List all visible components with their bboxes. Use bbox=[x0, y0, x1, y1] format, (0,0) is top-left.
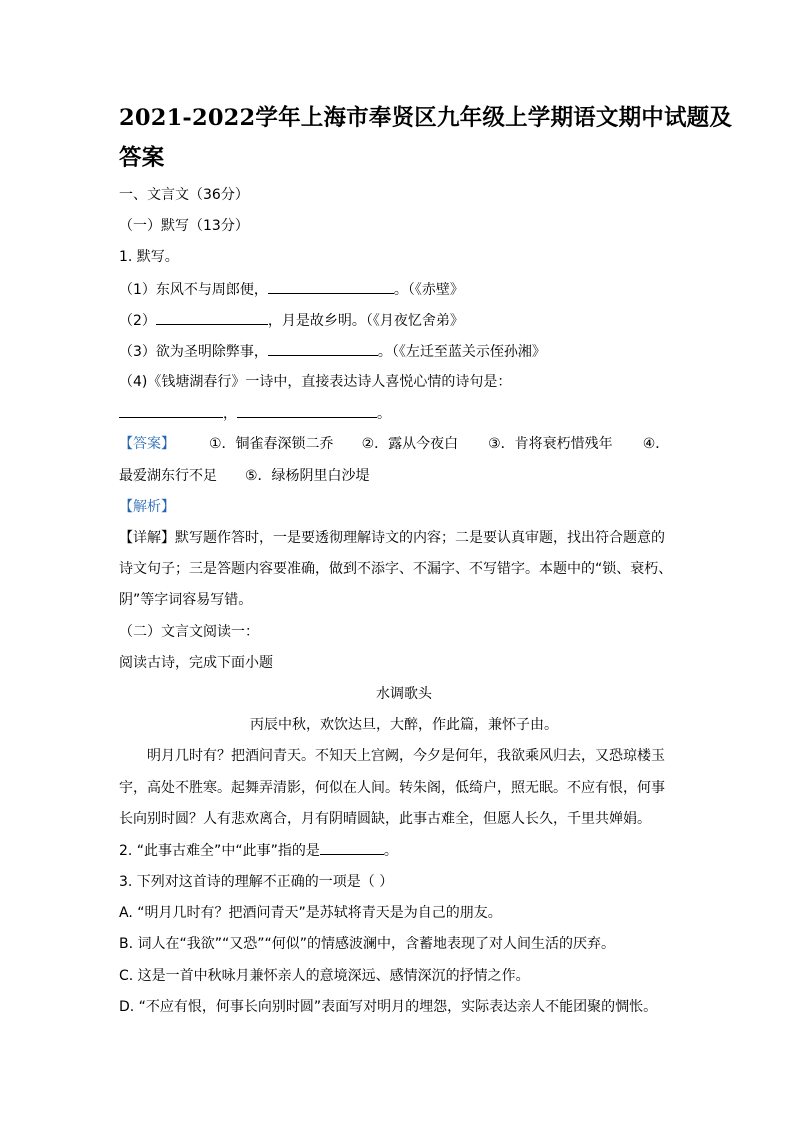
answer-item: ②．露从今夜白 bbox=[362, 436, 459, 452]
question-3-option-b: B. 词人在“我欲”“又恐”“何似”的情感波澜中，含蓄地表现了对人间生活的厌弃。 bbox=[119, 934, 689, 954]
analysis-label: 【解析】 bbox=[119, 497, 689, 517]
poem-preface: 丙辰中秋，欢饮达旦，大醉，作此篇，兼怀子由。 bbox=[119, 715, 689, 735]
answer-blank bbox=[268, 341, 378, 356]
poem-text-line1: 明月几时有？把酒问青天。不知天上宫阙，今夕是何年，我欲乘风归去，又恐琼楼玉 bbox=[119, 746, 689, 766]
poem-title: 水调歌头 bbox=[119, 684, 689, 704]
answer-item: ①．铜雀春深锁二乔 bbox=[209, 436, 334, 452]
document-title-line1: 2021-2022学年上海市奉贤区九年级上学期语文期中试题及 bbox=[119, 103, 689, 133]
subsection-heading-2: （二）文言文阅读一： bbox=[119, 622, 689, 642]
document-title-line2: 答案 bbox=[119, 143, 689, 173]
answer-blank bbox=[237, 403, 377, 418]
question-1-part-1: （1）东风不与周郎便，。（《赤壁》 bbox=[119, 279, 689, 300]
question-1-part-4: （4)《钱塘湖春行》一诗中，直接表达诗人喜悦心情的诗句是： bbox=[119, 372, 689, 392]
question-2: 2. “此事古难全”中“此事”指的是。 bbox=[119, 840, 689, 861]
question-3-option-a: A. “明月几时有？把酒问青天”是苏轼将青天是为自己的朋友。 bbox=[119, 903, 689, 923]
answer-blank bbox=[156, 310, 268, 325]
q2-suffix: 。 bbox=[384, 843, 398, 859]
q1-p4-end: 。 bbox=[377, 406, 391, 422]
answer-blank bbox=[119, 403, 223, 418]
q1-p3-suffix: 。（《左迁至蓝关示侄孙湘》 bbox=[378, 344, 546, 360]
document-page: 2021-2022学年上海市奉贤区九年级上学期语文期中试题及 答案 一、文言文（… bbox=[0, 0, 794, 1123]
q1-p2-prefix: （2） bbox=[119, 313, 156, 329]
answer-1-line2: 最爱湖东行不足⑤．绿杨阴里白沙堤 bbox=[119, 466, 689, 486]
q2-prefix: 2. “此事古难全”中“此事”指的是 bbox=[119, 843, 320, 859]
answer-item: ③．肯将衰朽惜残年 bbox=[488, 436, 613, 452]
question-1-part-3: （3）欲为圣明除弊事，。（《左迁至蓝关示侄孙湘》 bbox=[119, 341, 689, 362]
analysis-text-line1: 【详解】默写题作答时，一是要透彻理解诗文的内容；二是要认真审题，找出符合题意的 bbox=[119, 528, 689, 548]
subsection-heading: （一）默写（13分） bbox=[119, 216, 689, 236]
q1-p4-sep: ， bbox=[223, 406, 237, 422]
q1-p3-prefix: （3）欲为圣明除弊事， bbox=[119, 344, 268, 360]
question-1-stem: 1. 默写。 bbox=[119, 247, 689, 267]
q1-p2-suffix: ，月是故乡明。（《月夜忆舍弟》 bbox=[268, 313, 464, 329]
question-3-option-c: C. 这是一首中秋咏月兼怀亲人的意境深远、感情深沉的抒情之作。 bbox=[119, 966, 689, 986]
answer-1-line1: 【答案】①．铜雀春深锁二乔②．露从今夜白③．肯将衰朽惜残年④． bbox=[119, 434, 689, 454]
section-heading: 一、文言文（36分） bbox=[119, 185, 689, 205]
analysis-text-line2: 诗文句子；三是答题内容要准确，做到不添字、不漏字、不写错字。本题中的“锁、衰朽、 bbox=[119, 559, 689, 579]
answer-item: 最爱湖东行不足 bbox=[119, 468, 217, 484]
question-3-stem: 3. 下列对这首诗的理解不正确的一项是（ ） bbox=[119, 872, 689, 892]
q1-p1-prefix: （1）东风不与周郎便， bbox=[119, 282, 268, 298]
reading-instruction: 阅读古诗，完成下面小题 bbox=[119, 653, 689, 673]
q1-p1-suffix: 。（《赤壁》 bbox=[394, 282, 464, 298]
analysis-text-line3: 阴”等字词容易写错。 bbox=[119, 590, 689, 610]
poem-text-line3: 长向别时圆？人有悲欢离合，月有阴晴圆缺，此事古难全，但愿人长久，千里共婵娟。 bbox=[119, 809, 689, 829]
answer-item: ⑤．绿杨阴里白沙堤 bbox=[245, 468, 370, 484]
poem-text-line2: 宇，高处不胜寒。起舞弄清影，何似在人间。转朱阁，低绮户，照无眠。不应有恨，何事 bbox=[119, 778, 689, 798]
question-1-part-4-blanks: ，。 bbox=[119, 403, 689, 424]
answer-blank bbox=[320, 840, 384, 855]
answer-label: 【答案】 bbox=[119, 436, 175, 452]
question-1-part-2: （2），月是故乡明。（《月夜忆舍弟》 bbox=[119, 310, 689, 331]
question-3-option-d: D. “不应有恨，何事长向别时圆”表面写对明月的埋怨，实际表达亲人不能团聚的惆怅… bbox=[119, 997, 689, 1017]
answer-item: ④． bbox=[643, 436, 670, 452]
answer-blank bbox=[268, 279, 394, 294]
